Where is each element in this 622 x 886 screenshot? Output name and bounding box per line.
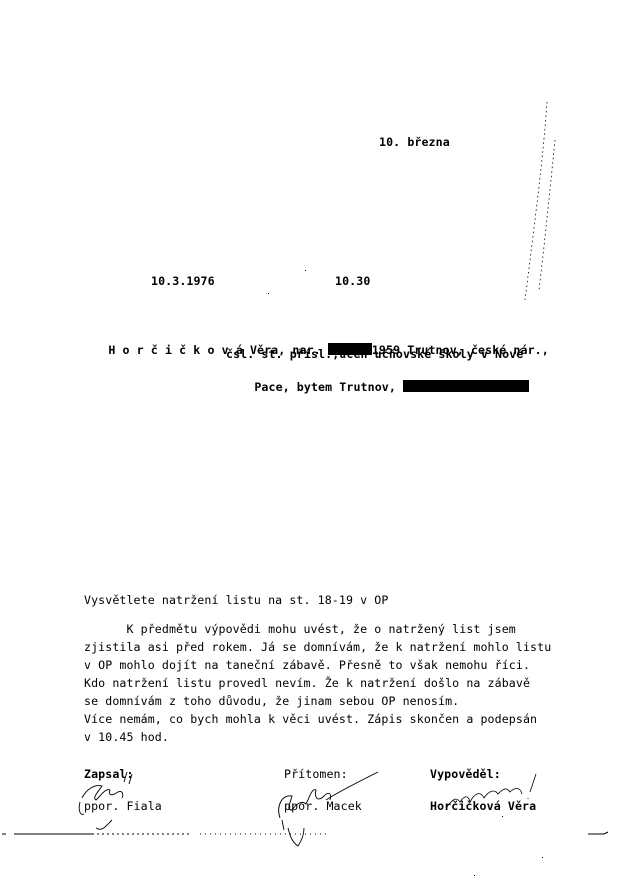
statement-line: v OP mohlo dojít na taneční zábavě. Přes…: [84, 658, 530, 672]
record-date: 10.3.1976: [151, 274, 215, 288]
record-time: 10.30: [335, 274, 370, 288]
person-line-2: čsl. st. přísl.,učeň učňovské školy v No…: [226, 347, 523, 361]
person-surname: H o r č i č k o v á: [108, 343, 243, 357]
date-top: 10. března: [379, 135, 450, 149]
speck: [542, 857, 543, 858]
person-address: Pace, bytem Trutnov,: [254, 380, 403, 394]
speck: [305, 270, 306, 271]
statement-line: Kdo natržení listu provedl nevím. Že k n…: [84, 676, 530, 690]
question: Vysvětlete natržení listu na st. 18-19 v…: [84, 593, 388, 607]
speck: [502, 816, 503, 817]
statement-line: K předmětu výpovědi mohu uvést, že o nat…: [84, 622, 516, 636]
signature-macek: [268, 770, 378, 850]
margin-dotted-marks: [505, 100, 575, 300]
signature-fiala: [72, 770, 142, 840]
bottom-rule: [0, 831, 622, 837]
signature-horcickova: [440, 772, 550, 822]
person-line-3: Pace, bytem Trutnov,: [226, 366, 529, 408]
statement-line: se domnívám z toho důvodu, že jinam sebo…: [84, 694, 459, 708]
redaction-address: [403, 380, 529, 392]
statement-line: zjistila asi před rokem. Já se domnívám,…: [84, 640, 551, 654]
speck: [474, 875, 475, 876]
speck: [268, 293, 269, 294]
statement-line: v 10.45 hod.: [84, 730, 169, 744]
statement-line: Více nemám, co bych mohla k věci uvést. …: [84, 712, 537, 726]
